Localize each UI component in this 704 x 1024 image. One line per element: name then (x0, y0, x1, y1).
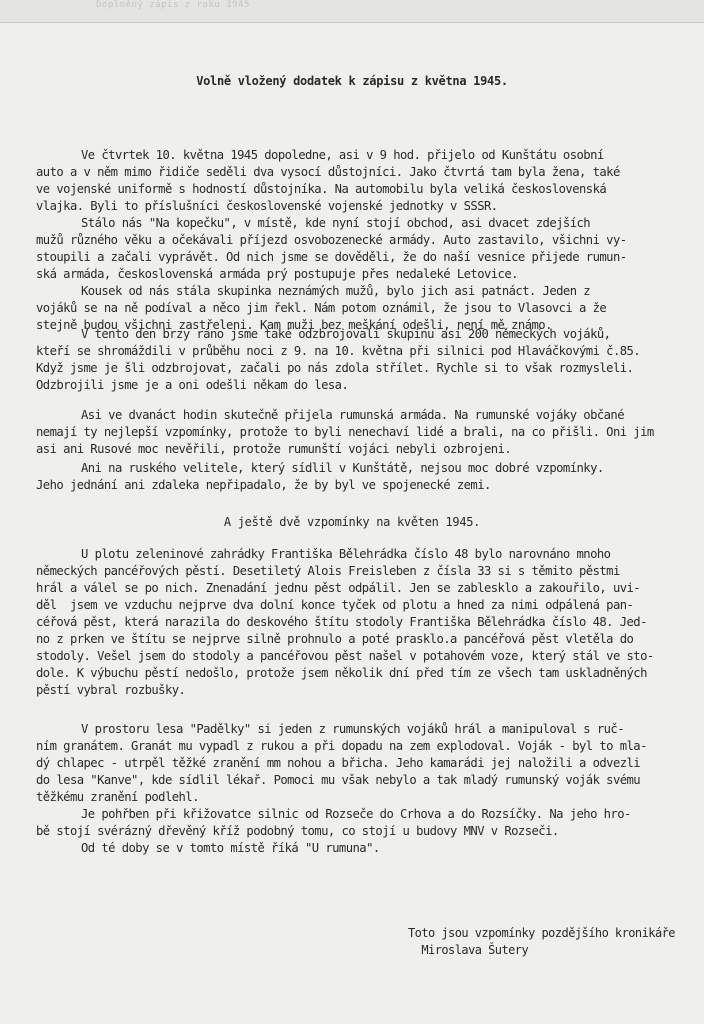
section-romanian-army: Asi ve dvanáct hodin skutečně přijela ru… (36, 407, 676, 458)
text-line: Od té doby se v tomto místě říká "U rumu… (36, 840, 676, 857)
text-line: Kousek od nás stála skupinka neznámých m… (36, 283, 676, 300)
text-line: dole. K výbuchu pěstí nedošlo, protože j… (36, 665, 676, 682)
section-grenade: V prostoru lesa "Padělky" si jeden z rum… (36, 721, 676, 857)
text-line: auto a v něm mimo řidiče seděli dva vyso… (36, 164, 676, 181)
text-line: Když jsme je šli odzbrojovat, začali po … (36, 360, 676, 377)
text-line: céřová pěst, která narazila do deskového… (36, 614, 676, 631)
signature-block: Toto jsou vzpomínky pozdějšího kronikáře… (408, 925, 675, 959)
text-line: V tento den brzy ráno jsme také odzbrojo… (36, 326, 676, 343)
text-line: těžkému zranění podlehl. (36, 789, 676, 806)
text-line: dý chlapec - utrpěl těžké zranění mm noh… (36, 755, 676, 772)
text-line: kteří se shromáždili v průběhu noci z 9.… (36, 343, 676, 360)
text-line: Je pohřben při křižovatce silnic od Rozs… (36, 806, 676, 823)
text-line: bě stojí svérázný dřevěný kříž podobný t… (36, 823, 676, 840)
section-disarming: V tento den brzy ráno jsme také odzbrojo… (36, 326, 676, 394)
text-line: mužů různého věku a očekávali příjezd os… (36, 232, 676, 249)
text-line: Stálo nás "Na kopečku", v místě, kde nyn… (36, 215, 676, 232)
text-line: vlajka. Byli to příslušníci českoslovens… (36, 198, 676, 215)
document-title: Volně vložený dodatek k zápisu z května … (0, 74, 704, 88)
text-line: vojáků se na ně podíval a něco jim řekl.… (36, 300, 676, 317)
text-line: stoupili a začali vyprávět. Od nich jsme… (36, 249, 676, 266)
section-arrival: Ve čtvrtek 10. května 1945 dopoledne, as… (36, 147, 676, 334)
previous-page-edge: Doplněný zápis z roku 1945 (0, 0, 704, 23)
signature-name: Miroslava Šutery (408, 942, 675, 959)
text-line: ním granátem. Granát mu vypadl z rukou a… (36, 738, 676, 755)
text-line: asi ani Rusové moc nevěřili, protože rum… (36, 441, 676, 458)
text-line: pěstí vybral rozbušky. (36, 682, 676, 699)
text-line: německých pancéřových pěstí. Desetiletý … (36, 563, 676, 580)
document-subtitle: A ještě dvě vzpomínky na květen 1945. (0, 515, 704, 529)
text-line: Ani na ruského velitele, který sídlil v … (36, 460, 676, 477)
text-line: Asi ve dvanáct hodin skutečně přijela ru… (36, 407, 676, 424)
text-line: ve vojenské uniformě s hodností důstojní… (36, 181, 676, 198)
section-panzerfaust: U plotu zeleninové zahrádky Františka Bě… (36, 546, 676, 699)
text-line: nemají ty nejlepší vzpomínky, protože to… (36, 424, 676, 441)
text-line: Ve čtvrtek 10. května 1945 dopoledne, as… (36, 147, 676, 164)
text-line: Odzbrojili jsme je a oni odešli někam do… (36, 377, 676, 394)
text-line: V prostoru lesa "Padělky" si jeden z rum… (36, 721, 676, 738)
faded-header-text: Doplněný zápis z roku 1945 (96, 0, 250, 10)
text-line: U plotu zeleninové zahrádky Františka Bě… (36, 546, 676, 563)
typewritten-page: Volně vložený dodatek k zápisu z května … (0, 23, 704, 1024)
text-line: Jeho jednání ani zdaleka nepřipadalo, že… (36, 477, 676, 494)
text-line: do lesa "Kanve", kde sídlil lékař. Pomoc… (36, 772, 676, 789)
text-line: děl jsem ve vzduchu nejprve dva dolní ko… (36, 597, 676, 614)
text-line: no z prken ve štítu se nejprve silně pro… (36, 631, 676, 648)
text-line: stodoly. Vešel jsem do stodoly a pancéřo… (36, 648, 676, 665)
section-russian-commander: Ani na ruského velitele, který sídlil v … (36, 460, 676, 494)
signature-line: Toto jsou vzpomínky pozdějšího kronikáře (408, 925, 675, 942)
text-line: hrál a válel se po nich. Znenadání jednu… (36, 580, 676, 597)
text-line: ská armáda, československá armáda prý po… (36, 266, 676, 283)
